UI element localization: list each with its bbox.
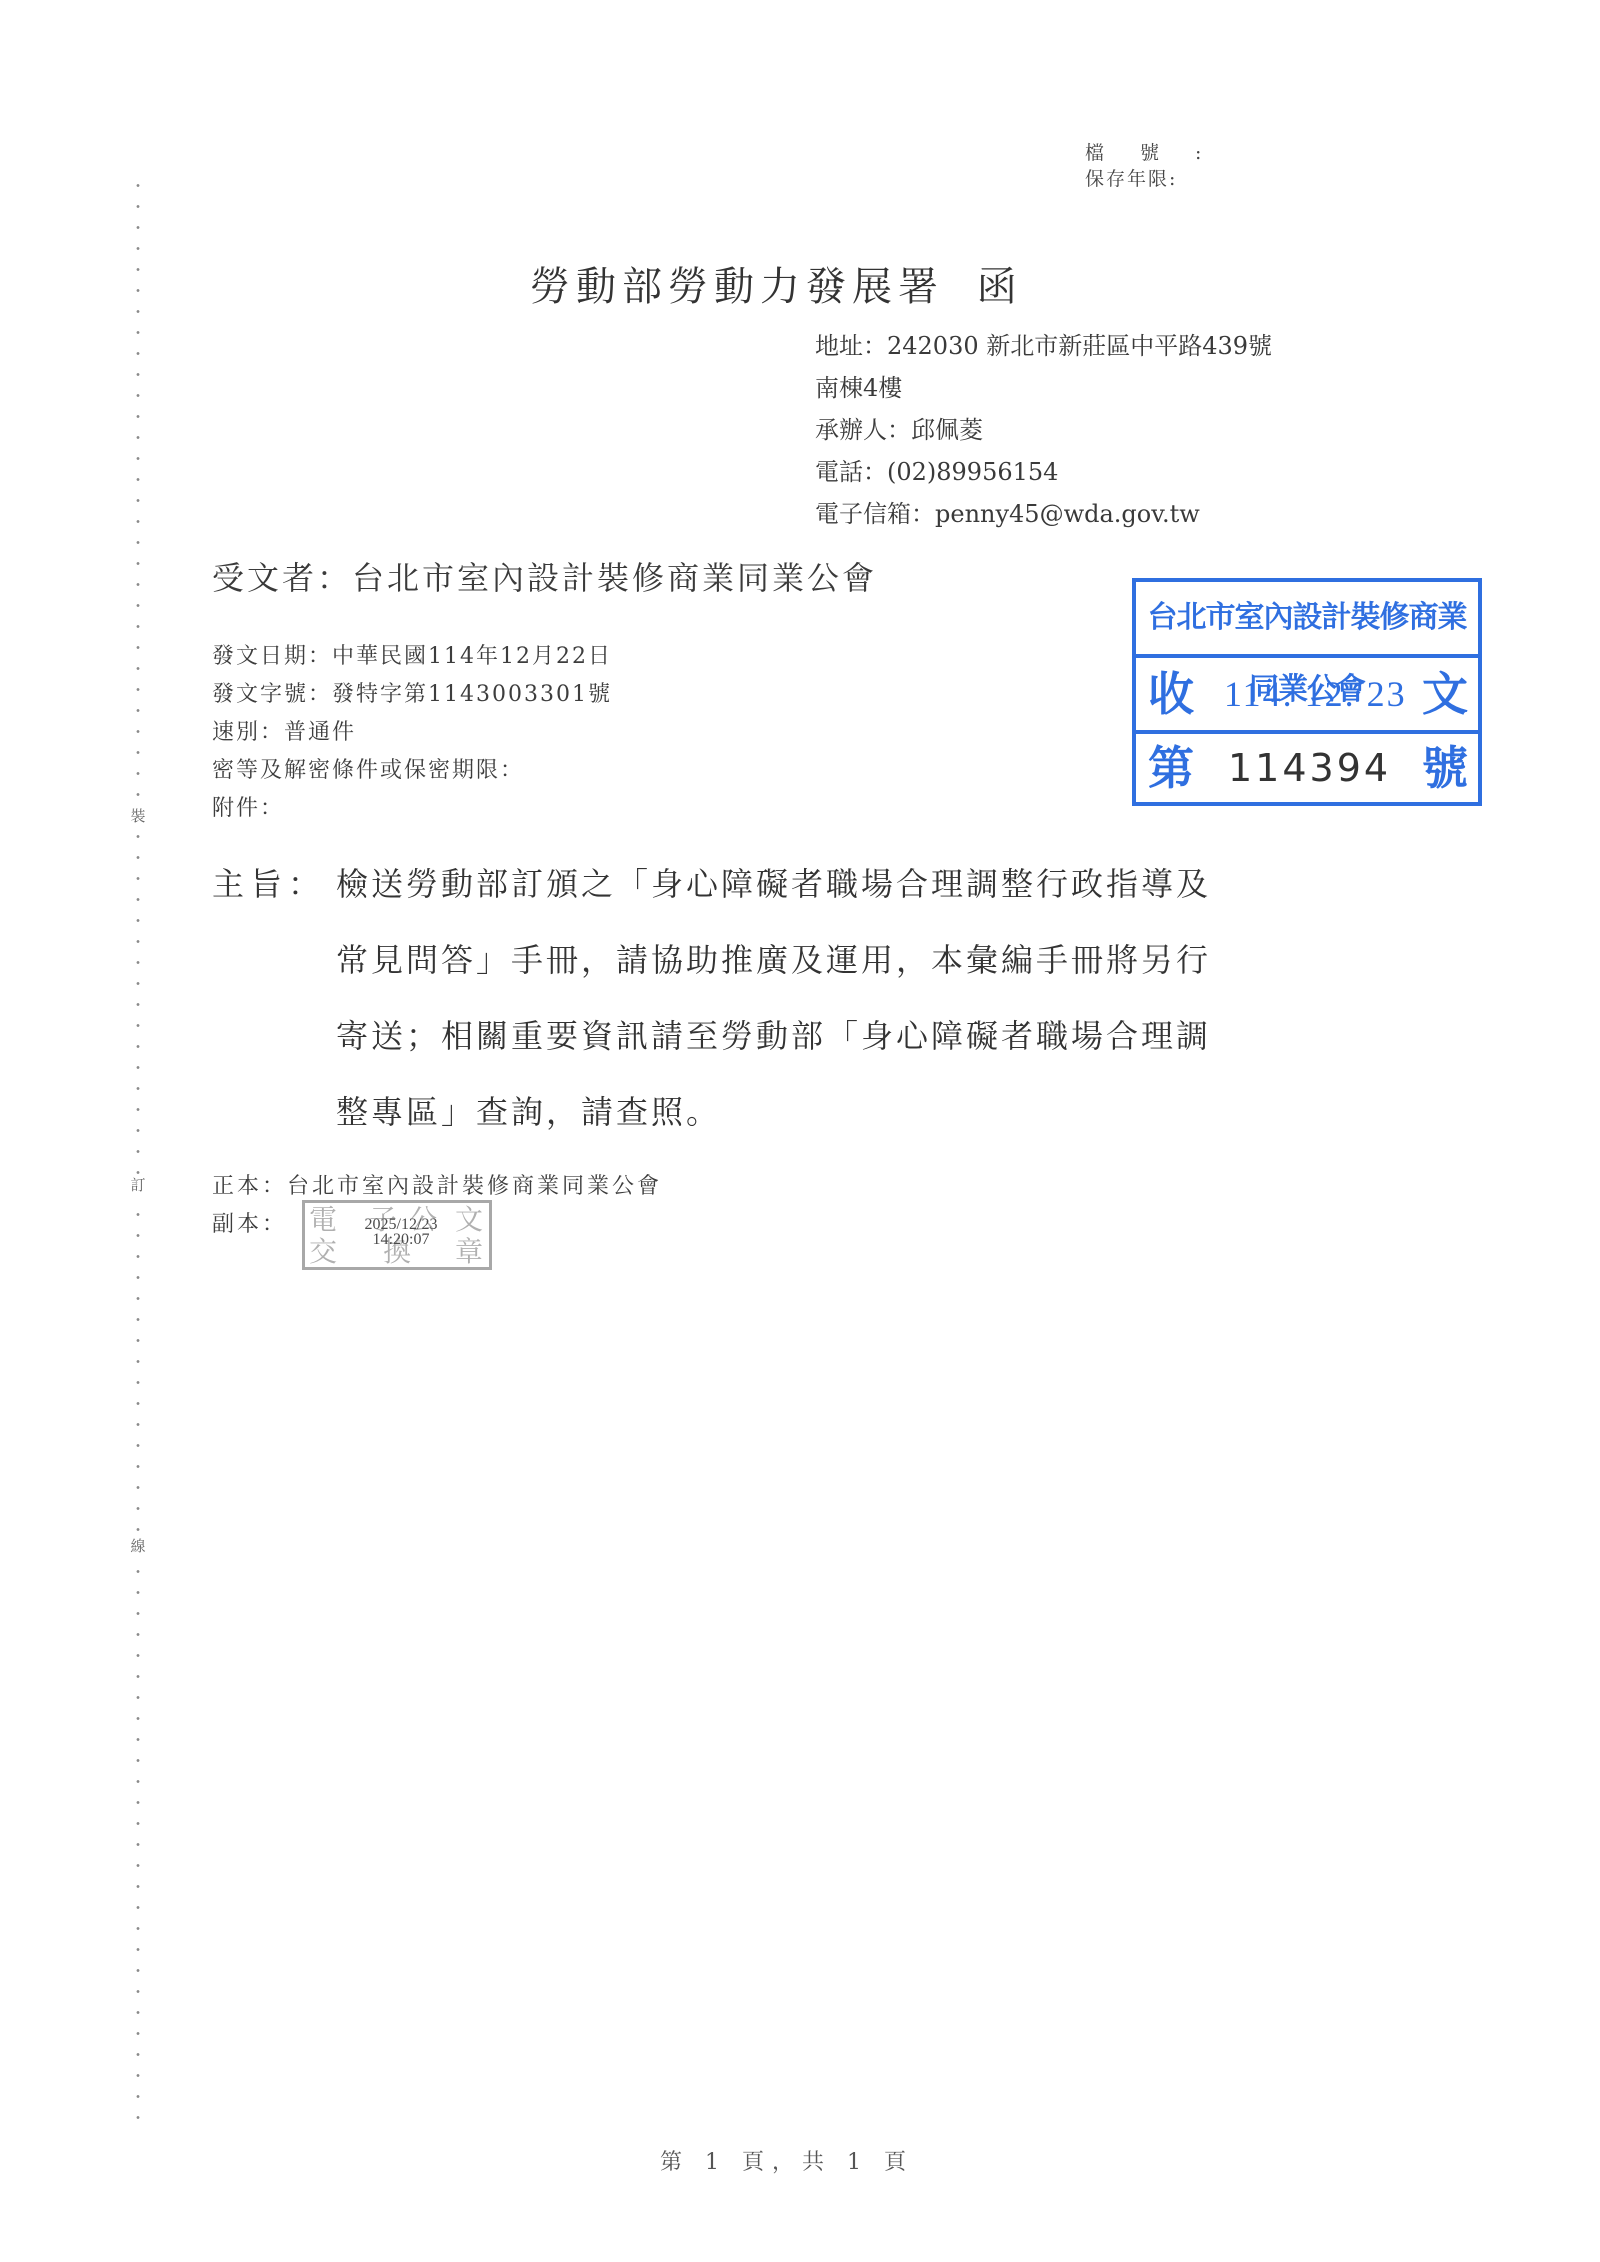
original-value: 台北市室內設計裝修商業同業公會 (287, 1174, 662, 1199)
stamp-char: 電 (309, 1205, 337, 1235)
received-date: 114. 12. 23 (1224, 658, 1407, 730)
document-title: 勞動部勞動力發展署 函 (530, 255, 1023, 312)
sender-address-line2: 南棟4樓 (815, 367, 1272, 409)
binding-dotted-line (136, 175, 140, 2125)
electronic-exchange-stamp: 電 子 公 文 交 換 章 2025/12/23 14:20:07 (302, 1200, 492, 1270)
subject-line: 檢送勞動部訂頒之「身心障礙者職場合理調整行政指導及 (336, 858, 1211, 910)
subject-line: 常見問答」手冊，請協助推廣及運用，本彙編手冊將另行 (336, 934, 1211, 986)
document-type: 函 (977, 264, 1023, 310)
recipient: 受文者：台北市室內設計裝修商業同業公會 (212, 553, 877, 599)
sender-email: 電子信箱：penny45@wda.gov.tw (815, 493, 1272, 535)
agency-name: 勞動部勞動力發展署 (530, 264, 944, 310)
document-meta: 發文日期：中華民國114年12月22日 發文字號：發特字第1143003301號… (212, 638, 612, 828)
delivery-speed: 速別：普通件 (212, 714, 612, 752)
colon: : (1195, 140, 1201, 166)
binding-char-zhuang: 裝 (128, 806, 148, 826)
number-suffix: 號 (1422, 734, 1468, 802)
received-number: 114394 (1228, 734, 1391, 802)
number-prefix: 第 (1148, 734, 1194, 802)
recipient-name: 台北市室內設計裝修商業同業公會 (352, 559, 877, 597)
subject-line: 寄送；相關重要資訊請至勞動部「身心障礙者職場合理調 (336, 1010, 1211, 1062)
doc-char: 文 (1422, 658, 1468, 730)
attachments: 附件： (212, 790, 612, 828)
stamp-timestamp: 2025/12/23 14:20:07 (341, 1217, 461, 1247)
original-label: 正本： (212, 1174, 287, 1199)
received-stamp-date-row: 收 114. 12. 23 文 (1136, 658, 1478, 734)
file-number-label: 檔號 (1085, 140, 1195, 166)
receive-char: 收 (1148, 658, 1194, 730)
retention-label: 保存年限 (1085, 166, 1169, 192)
binding-char-ding: 訂 (128, 1175, 148, 1195)
received-stamp-number-row: 第 114394 號 (1136, 734, 1478, 802)
colon: : (1169, 166, 1175, 192)
sender-phone: 電話：(02)89956154 (815, 451, 1272, 493)
file-info: 檔號: 保存年限: (1085, 140, 1201, 192)
subject-label: 主旨： (212, 858, 326, 910)
sender-address-line1: 地址：242030 新北市新莊區中平路439號 (815, 325, 1272, 367)
security-level: 密等及解密條件或保密期限： (212, 752, 612, 790)
binding-char-xian: 線 (128, 1536, 148, 1556)
received-stamp-org: 台北市室內設計裝修商業同業公會 (1136, 582, 1478, 658)
subject-line: 整專區」查詢，請查照。 (336, 1086, 721, 1138)
sender-info: 地址：242030 新北市新莊區中平路439號 南棟4樓 承辦人：邱佩菱 電話：… (815, 325, 1272, 535)
stamp-char: 交 (309, 1237, 337, 1267)
page-number: 第 1 頁，共 1 頁 (660, 2145, 914, 2176)
stamp-time: 14:20:07 (341, 1232, 461, 1247)
recipient-label: 受文者： (212, 559, 352, 597)
received-stamp: 台北市室內設計裝修商業同業公會 收 114. 12. 23 文 第 114394… (1132, 578, 1482, 806)
issue-date: 發文日期：中華民國114年12月22日 (212, 638, 612, 676)
stamp-date: 2025/12/23 (341, 1217, 461, 1232)
sender-officer: 承辦人：邱佩菱 (815, 409, 1272, 451)
document-number: 發文字號：發特字第1143003301號 (212, 676, 612, 714)
cc-label: 副本： (212, 1212, 287, 1237)
